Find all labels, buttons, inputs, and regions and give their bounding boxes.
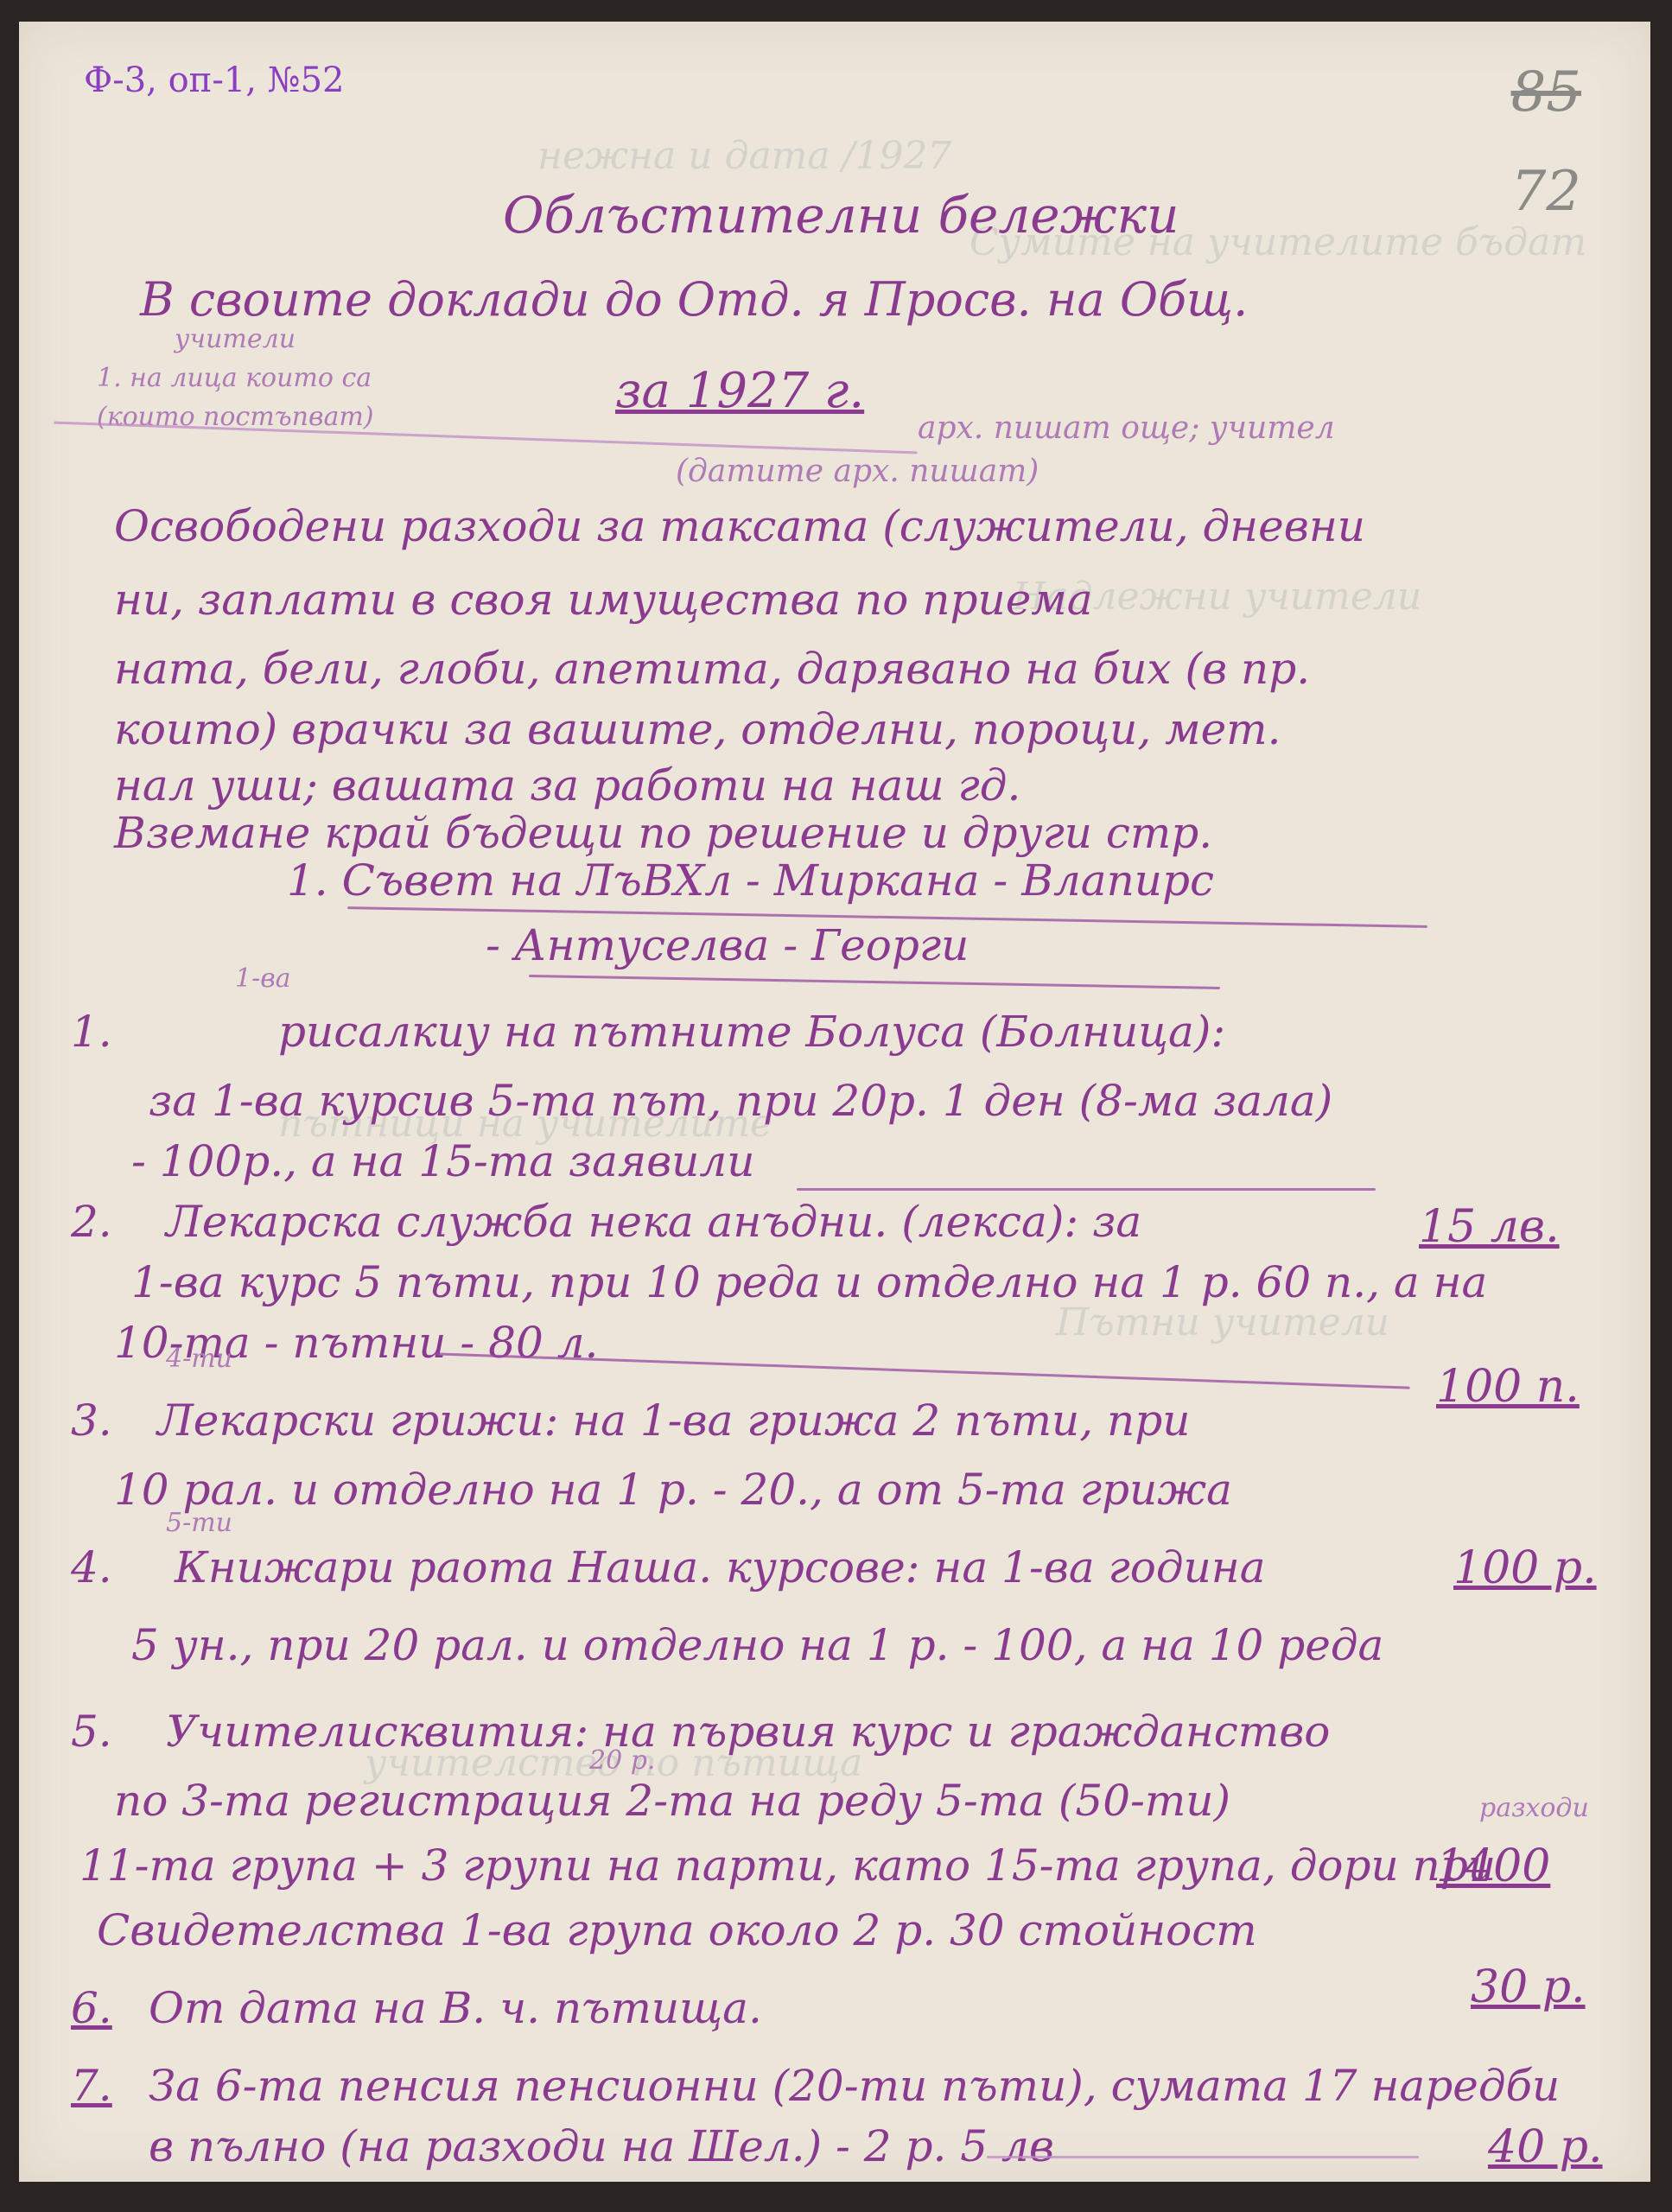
item-4-text: Книжари раота Наша. курсове: на 1-ва год… <box>175 1542 1266 1592</box>
item-3-text: Лекарски грижи: на 1-ва грижа 2 пъти, пр… <box>157 1395 1190 1446</box>
item-3-amount: 100 п. <box>1436 1361 1580 1413</box>
item-4-amount: 100 р. <box>1453 1542 1597 1594</box>
body-line-3: ната, бели, глоби, апетита, дарявано на … <box>114 644 1310 694</box>
manuscript-page: нежна и дата /1927 Сумите на учителите б… <box>19 22 1650 2182</box>
item-2-number: 2. <box>71 1197 112 1247</box>
item-7-sub: в пълно (на разходи на Шел.) - 2 р. 5 лв <box>149 2121 1054 2171</box>
dash-rule <box>434 1352 1409 1389</box>
item-1-number: 1. <box>71 1007 112 1057</box>
item-5-sub2: 11-та група + 3 групи на парти, като 15-… <box>79 1840 1496 1891</box>
dash-rule <box>987 2156 1419 2158</box>
item-5-amount: 1400 <box>1436 1840 1550 1892</box>
folio-number: 72 <box>1511 160 1581 224</box>
item-4-number: 4. <box>71 1542 112 1592</box>
dash-rule <box>797 1188 1376 1191</box>
item-2-amount: 15 лв. <box>1419 1201 1560 1253</box>
item-7-number: 7. <box>71 2061 112 2111</box>
header-note: арх. пишат още; учител <box>918 410 1335 446</box>
item-5-sub3: Свидетелства 1-ва група около 2 р. 30 ст… <box>97 1905 1257 1955</box>
margin-note-2: 1. на лица които са <box>97 363 372 393</box>
item-3-sub: 10 рал. и отделно на 1 р. - 20., а от 5-… <box>114 1465 1232 1515</box>
underline-rule <box>529 975 1220 989</box>
item-5-annotation: 20 р. <box>589 1745 655 1776</box>
body-line-4: които) врачки за вашите, отделни, пороци… <box>114 704 1281 754</box>
header-line-1: В своите доклади до Отд. я Просв. на Общ… <box>140 272 1248 327</box>
body-line-7: 1. Съвет на ЛъВХл - Миркана - Влапирс <box>287 855 1214 906</box>
margin-note-1: учители <box>175 324 296 354</box>
body-line-8: - Антуселва - Георги <box>486 920 969 970</box>
item-2-margin: 4-ти <box>166 1344 232 1374</box>
body-line-5: нал уши; вашата за работи на наш гд. <box>114 760 1020 810</box>
item-3-number: 3. <box>71 1395 112 1446</box>
item-2-text: Лекарска служба нека анъдни. (лекса): за <box>166 1197 1141 1247</box>
item-1-sub2: - 100р., а на 15-та заявили <box>131 1136 754 1186</box>
body-line-6: Вземане край бъдещи по решение и други с… <box>114 808 1212 858</box>
item-6-number: 6. <box>71 1983 112 2033</box>
item-5-text: Учителисквития: на първия курс и граждан… <box>166 1707 1330 1757</box>
year-heading: за 1927 г. <box>615 363 864 419</box>
item-7-amount: 40 р. <box>1488 2121 1603 2173</box>
item-5-margin-note: разходи <box>1479 1793 1589 1823</box>
item-4-sub: 5 ун., при 20 рал. и отделно на 1 р. - 1… <box>131 1620 1383 1670</box>
item-1-margin: 1-ва <box>235 963 291 994</box>
item-1-text: рисалкиу на пътните Болуса (Болница): <box>278 1007 1225 1057</box>
body-line-1: Освободени разходи за таксата (служители… <box>114 501 1365 551</box>
item-1-sub: за 1-ва курсив 5-та път, при 20р. 1 ден … <box>149 1076 1332 1126</box>
item-2-sub: 1-ва курс 5 пъти, при 10 реда и отделно … <box>131 1257 1487 1307</box>
item-5-amount-2: 30 р. <box>1471 1961 1586 2013</box>
item-5-number: 5. <box>71 1707 112 1757</box>
archive-reference: Ф-3, оп-1, №52 <box>84 60 344 100</box>
body-line-2: ни, заплати в своя имущества по приема <box>114 575 1093 625</box>
item-5-sub: по 3-та регистрация 2-та на реду 5-та (5… <box>114 1776 1230 1826</box>
folio-number-crossed: 85 <box>1511 60 1581 124</box>
item-7-text: За 6-та пенсия пенсионни (20-ти пъти), с… <box>149 2061 1560 2111</box>
bleed-through-text: нежна и дата /1927 <box>537 134 951 178</box>
item-4-margin: 5-ти <box>166 1508 232 1538</box>
item-6-text: От дата на В. ч. пътища. <box>149 1983 762 2033</box>
document-title: Облъстителни бележки <box>503 186 1179 245</box>
header-note-2: (датите арх. пишат) <box>676 454 1039 489</box>
connector-line <box>54 422 917 454</box>
